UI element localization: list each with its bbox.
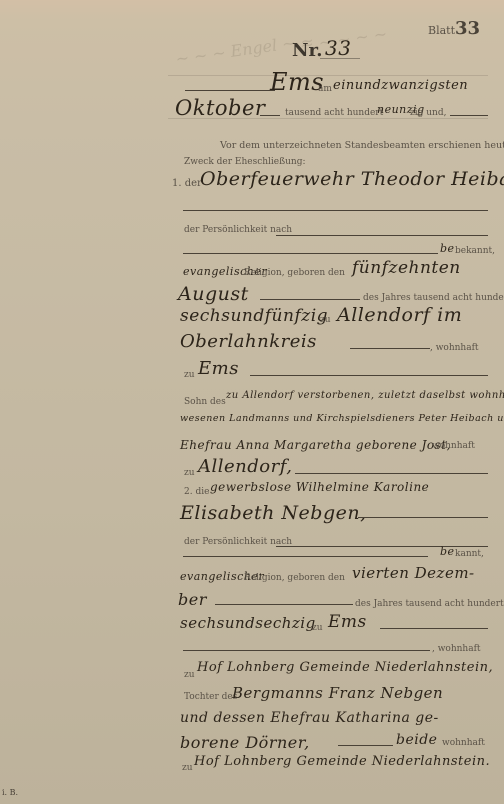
groom-parents-line3: Ehefrau Anna Margaretha geborene Jost,	[180, 438, 451, 452]
bride-name-line1: gewerbslose Wilhelmine Karoline	[210, 480, 429, 494]
groom-index: 1. der	[172, 178, 202, 189]
groom-residence-zu: zu	[184, 370, 195, 380]
blank-line	[215, 604, 353, 605]
groom-parents-residence-label: wohnhaft	[432, 441, 475, 451]
groom-known-suffix: bekannt,	[455, 246, 495, 256]
blank-line	[260, 299, 360, 300]
am-label: am	[318, 84, 332, 94]
bride-index: 2. die	[184, 487, 209, 497]
blank-line	[260, 115, 280, 116]
groom-zu-label: zu	[320, 315, 331, 325]
bride-parents-line3: borene Dörner,	[180, 733, 310, 752]
blank-line	[276, 235, 488, 236]
bride-parents-line1: Bergmanns Franz Nebgen	[232, 684, 443, 702]
bride-year-label: des Jahres tausend acht hundert	[355, 599, 504, 609]
bride-residence: Hof Lohnberg Gemeinde Niederlahnstein,	[197, 660, 493, 675]
groom-residence: Ems	[198, 358, 239, 379]
groom-personality-label: der Persönlichkeit nach	[184, 225, 292, 235]
bride-birth-month: ber	[178, 590, 207, 609]
bride-birth-day: vierten Dezem-	[352, 564, 475, 582]
bride-known-prefix: be	[440, 545, 455, 558]
groom-birth-place-2: Oberlahnkreis	[180, 331, 317, 352]
month-handwritten: Oktober	[175, 96, 265, 120]
purpose-text: Zweck der Eheschließung:	[184, 157, 306, 167]
blank-line	[295, 473, 488, 474]
nr-label: Nr.	[292, 40, 323, 61]
bride-daughter-label: Tochter des	[184, 692, 237, 702]
groom-known-prefix: be	[440, 242, 455, 255]
bride-residence-label: , wohnhaft	[432, 644, 481, 654]
bride-parents-line3-suffix: beide	[396, 732, 437, 748]
bride-religion-label: Religion, geboren den	[244, 573, 345, 583]
civil-marriage-register-page: ~ ~ ~ Engel ~ ~ ~ ~ ~ ~ ~ Blatt 33 Nr. 3…	[0, 0, 504, 804]
zig-und-label: zig und,	[410, 108, 446, 118]
nr-value: 33	[325, 36, 351, 60]
groom-parents-line1: zu Allendorf verstorbenen, zuletzt dasel…	[226, 390, 504, 401]
bride-known-suffix: kannt,	[455, 549, 484, 559]
blank-line	[183, 556, 428, 557]
nr-underline	[320, 58, 360, 59]
blank-line	[183, 253, 438, 254]
bride-birth-year: sechsundsechzig	[180, 614, 316, 632]
bride-birth-place: Ems	[328, 612, 367, 632]
groom-birth-month: August	[178, 283, 249, 305]
groom-birth-year: sechsundfünfzig	[180, 306, 328, 326]
bride-zu-label: zu	[312, 623, 323, 633]
blatt-number: 33	[455, 18, 480, 39]
blank-line	[450, 115, 488, 116]
groom-religion-label: Religion, geboren den	[244, 268, 345, 278]
blank-line	[350, 348, 430, 349]
groom-parents-zu: zu	[184, 468, 195, 478]
blank-line	[380, 628, 488, 629]
bride-parents-residence: Hof Lohnberg Gemeinde Niederlahnstein.	[194, 754, 490, 769]
opening-text: Vor dem unterzeichneten Standesbeamten e…	[220, 140, 504, 151]
year-print: tausend acht hundert	[285, 108, 383, 118]
blank-line	[183, 650, 430, 651]
groom-son-label: Sohn des	[184, 397, 226, 407]
day-handwritten: einundzwanzigsten	[333, 78, 468, 93]
bride-parents-line2: und dessen Ehefrau Katharina ge-	[180, 710, 439, 726]
groom-residence-label: , wohnhaft	[430, 343, 479, 353]
groom-year-label: des Jahres tausend acht hundert	[363, 293, 504, 303]
blank-line	[276, 546, 488, 547]
bride-residence-zu: zu	[184, 670, 195, 680]
guide-line	[168, 75, 488, 76]
groom-parents-line2: wesenen Landmanns und Kirchspielsdieners…	[180, 413, 504, 424]
blank-line	[358, 517, 488, 518]
place-handwritten: Ems	[270, 68, 324, 96]
bride-name-line2: Elisabeth Nebgen,	[180, 502, 367, 524]
bride-parents-zu: zu	[182, 763, 193, 773]
blank-line	[185, 90, 275, 91]
groom-birth-place: Allendorf im	[337, 304, 462, 326]
groom-birth-day: fünfzehnten	[352, 258, 461, 278]
groom-name: Oberfeuerwehr Theodor Heibach	[200, 168, 504, 190]
blank-line	[250, 375, 488, 376]
blank-line	[338, 745, 393, 746]
blatt-label: Blatt	[428, 24, 455, 37]
groom-parents-residence: Allendorf,	[198, 456, 292, 477]
blank-line	[183, 210, 488, 211]
bride-parents-residence-label: wohnhaft	[442, 738, 485, 748]
form-mark: i. B.	[2, 788, 18, 797]
